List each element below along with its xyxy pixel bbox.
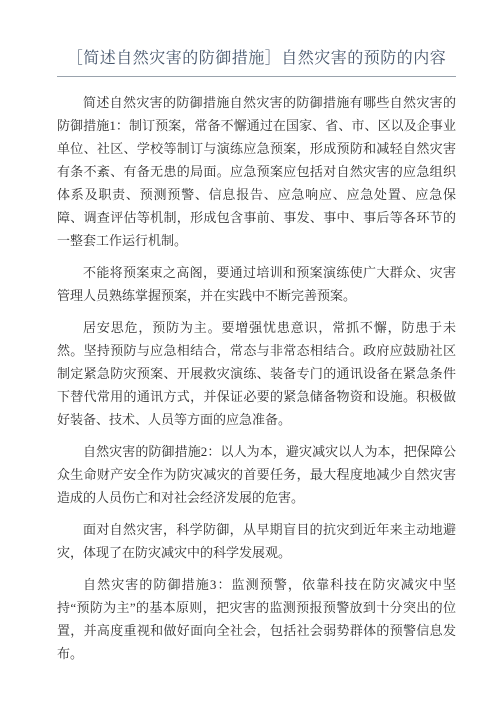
paragraph-2: 不能将预案束之高阁，要通过培训和预案演练使广大群众、灾害管理人员熟练掌握预案，并… bbox=[57, 261, 456, 307]
paragraph-3: 居安思危，预防为主。要增强忧患意识，常抓不懈，防患于未然。坚持预防与应急相结合，… bbox=[57, 316, 456, 431]
document-title: ［简述自然灾害的防御措施］自然灾害的预防的内容 bbox=[57, 48, 456, 77]
paragraph-5: 面对自然灾害，科学防御，从早期盲目的抗灾到近年来主动地避灾，体现了在防灾减灾中的… bbox=[57, 518, 456, 564]
document-page: ［简述自然灾害的防御措施］自然灾害的预防的内容 简述自然灾害的防御措施自然灾害的… bbox=[0, 0, 500, 707]
paragraph-6: 自然灾害的防御措施3：监测预警，依靠科技在防灾减灾中坚持“预防为主”的基本原则，… bbox=[57, 573, 456, 665]
document-body: 简述自然灾害的防御措施自然灾害的防御措施有哪些自然灾害的防御措施1：制订预案，常… bbox=[57, 91, 456, 665]
paragraph-4: 自然灾害的防御措施2：以人为本，避灾减灾以人为本，把保障公众生命财产安全作为防灾… bbox=[57, 440, 456, 509]
paragraph-1: 简述自然灾害的防御措施自然灾害的防御措施有哪些自然灾害的防御措施1：制订预案，常… bbox=[57, 91, 456, 252]
